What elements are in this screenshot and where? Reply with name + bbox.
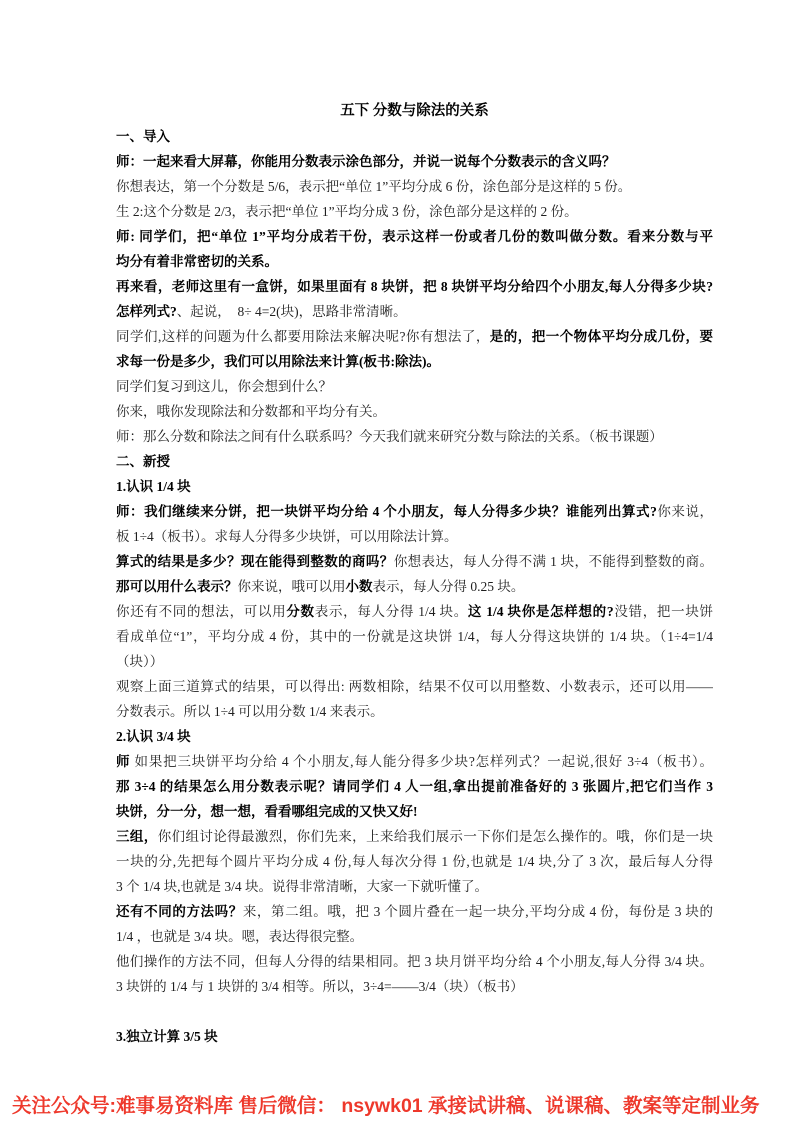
section-heading-1: 一、导入 xyxy=(116,124,713,149)
text-line: 师：一起来看大屏幕，你能用分数表示涂色部分，并说一说每个分数表示的含义吗？ xyxy=(116,149,713,174)
text-run: 分数表示。所以 1÷4 可以用分数 1/4 来表示。 xyxy=(116,704,384,719)
text-run: 块饼，分一分，想一想，看看哪组完成的又快又好! xyxy=(116,804,418,819)
text-run: 2.认识 3/4 块 xyxy=(116,729,191,744)
section-heading-2: 二、新授 xyxy=(116,449,713,474)
text-line: 你来，哦你发现除法和分数都和平均分有关。 xyxy=(116,399,713,424)
blank-line xyxy=(116,999,713,1024)
text-line: 板 1÷4（板书）。求每人分得多少块饼，可以用除法计算。 xyxy=(116,524,713,549)
page-title: 五下 分数与除法的关系 xyxy=(116,99,713,124)
text-run: 师: 同学们，把“单位 1”平均分成若干份，表示这样一份或者几份的数叫做分数。看… xyxy=(116,229,713,244)
text-run: （块）） xyxy=(116,654,163,669)
text-line: 看成单位“1”，平均分成 4 份，其中的一份就是这块饼 1/4，每人分得这块饼的… xyxy=(116,624,713,649)
text-line: 块饼，分一分，想一想，看看哪组完成的又快又好! xyxy=(116,799,713,824)
text-run: 观察上面三道算式的结果，可以得出: 两数相除，结果不仅可以用整数、小数表示，还可… xyxy=(116,679,713,694)
text-line: 3 块饼的 1/4 与 1 块饼的 3/4 相等。所以，3÷4=——3/4（块）… xyxy=(116,974,713,999)
text-run: 分数 xyxy=(286,604,314,619)
text-run: 看成单位“1”，平均分成 4 份，其中的一份就是这块饼 1/4，每人分得这块饼的… xyxy=(116,629,713,644)
document-body: 五下 分数与除法的关系一、导入师：一起来看大屏幕，你能用分数表示涂色部分，并说一… xyxy=(116,99,713,1049)
text-run: 师 xyxy=(116,754,130,769)
text-line: 一块的分,先把每个圆片平均分成 4 份,每人每次分得 1 份,也就是 1/4 块… xyxy=(116,849,713,874)
text-line: 那 3÷4 的结果怎么用分数表示呢？请同学们 4 人一组,拿出提前准备好的 3 … xyxy=(116,774,713,799)
text-line: 师: 同学们，把“单位 1”平均分成若干份，表示这样一份或者几份的数叫做分数。看… xyxy=(116,224,713,249)
text-line: 1/4 ，也就是 3/4 块。嗯，表达得很完整。 xyxy=(116,924,713,949)
text-run: 你来说， xyxy=(657,504,713,519)
text-run: 你们组讨论得最激烈，你们先来，上来给我们展示一下你们是怎么操作的。哦，你们是一块 xyxy=(158,829,713,844)
text-run: 1.认识 1/4 块 xyxy=(116,479,191,494)
text-run: 一、导入 xyxy=(116,129,170,144)
text-run: 3 个 1/4 块,也就是 3/4 块。说得非常清晰，大家一下就听懂了。 xyxy=(116,879,488,894)
text-run: 没错，把一块饼 xyxy=(614,604,713,619)
text-run: 你想表达，每人分得不满 1 块，不能得到整数的商。 xyxy=(394,554,713,569)
text-line: 3 个 1/4 块,也就是 3/4 块。说得非常清晰，大家一下就听懂了。 xyxy=(116,874,713,899)
text-run: 同学们,这样的问题为什么都要用除法来解决呢?你有想法了， xyxy=(116,329,490,344)
text-run: 再来看，老师这里有一盒饼，如果里面有 8 块饼，把 8 块饼平均分给四个小朋友,… xyxy=(116,279,713,294)
text-run: 这 1/4 块你是怎样想的? xyxy=(468,604,614,619)
subsection-heading-2: 2.认识 3/4 块 xyxy=(116,724,713,749)
text-line: 那可以用什么表示？你来说，哦可以用小数表示，每人分得 0.25 块。 xyxy=(116,574,713,599)
text-run: 表示，每人分得 1/4 块。 xyxy=(315,604,468,619)
text-line: 他们操作的方法不同，但每人分得的结果相同。把 3 块月饼平均分给 4 个小朋友,… xyxy=(116,949,713,974)
text-run: 来，第二组。哦，把 3 个圆片叠在一起一块分,平均分成 4 份，每份是 3 块的 xyxy=(243,904,713,919)
text-run: 你来说，哦可以用 xyxy=(238,579,346,594)
text-run: 算式的结果是多少？现在能得到整数的商吗？ xyxy=(116,554,394,569)
text-run: 均分有着非常密切的关系。 xyxy=(116,254,278,269)
text-run: 那可以用什么表示？ xyxy=(116,579,238,594)
text-line: 同学们复习到这儿，你会想到什么？ xyxy=(116,374,713,399)
text-run: 二、新授 xyxy=(116,454,170,469)
subsection-heading-3: 3.独立计算 3/5 块 xyxy=(116,1024,713,1049)
text-line: 均分有着非常密切的关系。 xyxy=(116,249,713,274)
text-line: 再来看，老师这里有一盒饼，如果里面有 8 块饼，把 8 块饼平均分给四个小朋友,… xyxy=(116,274,713,299)
text-line: 同学们,这样的问题为什么都要用除法来解决呢?你有想法了，是的，把一个物体平均分成… xyxy=(116,324,713,349)
text-line: 你还有不同的想法，可以用分数表示，每人分得 1/4 块。这 1/4 块你是怎样想… xyxy=(116,599,713,624)
text-line: 还有不同的方法吗？来，第二组。哦，把 3 个圆片叠在一起一块分,平均分成 4 份… xyxy=(116,899,713,924)
text-line: 师：那么分数和除法之间有什么联系吗？今天我们就来研究分数与除法的关系。（板书课题… xyxy=(116,424,713,449)
text-run: 是的，把一个物体平均分成几份，要 xyxy=(490,329,713,344)
text-line: （块）） xyxy=(116,649,713,674)
text-run: 他们操作的方法不同，但每人分得的结果相同。把 3 块月饼平均分给 4 个小朋友,… xyxy=(116,954,713,969)
text-run: 3 块饼的 1/4 与 1 块饼的 3/4 相等。所以，3÷4=——3/4（块）… xyxy=(116,979,524,994)
text-line: 三组，你们组讨论得最激烈，你们先来，上来给我们展示一下你们是怎么操作的。哦，你们… xyxy=(116,824,713,849)
text-run: 生 2:这个分数是 2/3，表示把“单位 1”平均分成 3 份，涂色部分是这样的… xyxy=(116,204,578,219)
text-run: 表示，每人分得 0.25 块。 xyxy=(373,579,525,594)
text-run: 五下 分数与除法的关系 xyxy=(340,103,489,119)
text-run: 师：一起来看大屏幕，你能用分数表示涂色部分，并说一说每个分数表示的含义吗？ xyxy=(116,154,616,169)
text-run: 板 1÷4（板书）。求每人分得多少块饼，可以用除法计算。 xyxy=(116,529,458,544)
text-run: 一块的分,先把每个圆片平均分成 4 份,每人每次分得 1 份,也就是 1/4 块… xyxy=(116,854,713,869)
text-run: 怎样列式? xyxy=(116,304,177,319)
text-run: 1/4 ，也就是 3/4 块。嗯，表达得很完整。 xyxy=(116,929,363,944)
text-run: 你来，哦你发现除法和分数都和平均分有关。 xyxy=(116,404,386,419)
text-line: 生 2:这个分数是 2/3，表示把“单位 1”平均分成 3 份，涂色部分是这样的… xyxy=(116,199,713,224)
text-run: 师：我们继续来分饼，把一块饼平均分给 4 个小朋友，每人分得多少块？谁能列出算式… xyxy=(116,504,657,519)
text-line: 观察上面三道算式的结果，可以得出: 两数相除，结果不仅可以用整数、小数表示，还可… xyxy=(116,674,713,699)
text-run: 你还有不同的想法，可以用 xyxy=(116,604,286,619)
text-run: 、起说， 8÷ 4=2(块)，思路非常清晰。 xyxy=(177,304,407,319)
text-run: 还有不同的方法吗？ xyxy=(116,904,243,919)
text-line: 师：我们继续来分饼，把一块饼平均分给 4 个小朋友，每人分得多少块？谁能列出算式… xyxy=(116,499,713,524)
text-run: 如果把三块饼平均分给 4 个小朋友,每人能分得多少块?怎样列式？一起说,很好 3… xyxy=(130,754,713,769)
text-line: 师 如果把三块饼平均分给 4 个小朋友,每人能分得多少块?怎样列式？一起说,很好… xyxy=(116,749,713,774)
text-line: 分数表示。所以 1÷4 可以用分数 1/4 来表示。 xyxy=(116,699,713,724)
text-run: 小数 xyxy=(346,579,373,594)
document-page: 五下 分数与除法的关系一、导入师：一起来看大屏幕，你能用分数表示涂色部分，并说一… xyxy=(0,0,793,1122)
text-run: 你想表达，第一个分数是 5/6，表示把“单位 1”平均分成 6 份，涂色部分是这… xyxy=(116,179,631,194)
footer-banner: 关注公众号:难事易资料库 售后微信： nsywk01 承接试讲稿、说课稿、教案等… xyxy=(0,1093,793,1119)
text-run: 师：那么分数和除法之间有什么联系吗？今天我们就来研究分数与除法的关系。（板书课题… xyxy=(116,429,663,444)
text-line: 怎样列式?、起说， 8÷ 4=2(块)，思路非常清晰。 xyxy=(116,299,713,324)
text-run: 3.独立计算 3/5 块 xyxy=(116,1029,218,1044)
subsection-heading-1: 1.认识 1/4 块 xyxy=(116,474,713,499)
text-line: 算式的结果是多少？现在能得到整数的商吗？你想表达，每人分得不满 1 块，不能得到… xyxy=(116,549,713,574)
text-run: 求每一份是多少，我们可以用除法来计算(板书:除法)。 xyxy=(116,354,440,369)
text-line: 求每一份是多少，我们可以用除法来计算(板书:除法)。 xyxy=(116,349,713,374)
text-run: 三组， xyxy=(116,829,158,844)
text-run: 同学们复习到这儿，你会想到什么？ xyxy=(116,379,332,394)
text-line: 你想表达，第一个分数是 5/6，表示把“单位 1”平均分成 6 份，涂色部分是这… xyxy=(116,174,713,199)
text-run: 那 3÷4 的结果怎么用分数表示呢？请同学们 4 人一组,拿出提前准备好的 3 … xyxy=(116,779,713,794)
